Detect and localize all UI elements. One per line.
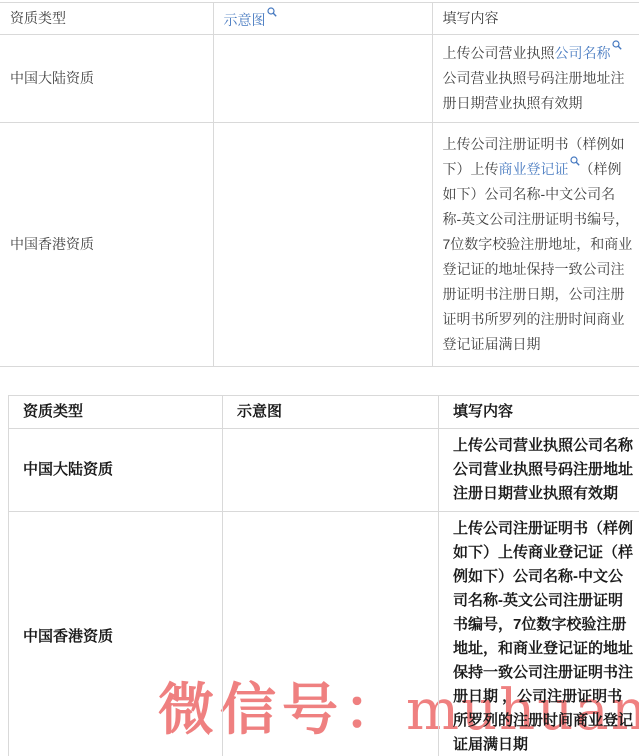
qualification-type-cell: 中国大陆资质 <box>9 429 223 512</box>
table-row-mainland: 中国大陆资质 上传公司营业执照公司名称公司营业执照号码注册地址注册日期营业执照有… <box>9 429 639 512</box>
magnifier-icon <box>570 156 580 166</box>
qualification-table-plain: 资质类型 示意图 填写内容 中国大陆资质 上传公司营业执照公司名称公司营业执照号… <box>0 2 639 367</box>
fill-content-cell: 上传公司注册证明书（样例如下）上传商业登记证（样例如下）公司名称-中文公司名称-… <box>439 512 639 756</box>
qualification-type-cell: 中国大陆资质 <box>0 34 213 122</box>
header-diagram: 示意图 <box>223 396 439 429</box>
qualification-type-cell: 中国香港资质 <box>0 122 213 366</box>
header-diagram: 示意图 <box>213 3 432 35</box>
header-fill-content: 填写内容 <box>439 396 639 429</box>
magnifier-icon <box>267 7 277 17</box>
header-qualification-type: 资质类型 <box>0 3 213 35</box>
diagram-cell <box>223 512 439 756</box>
table-row-hongkong: 中国香港资质 上传公司注册证明书（样例如下）上传商业登记证（样例如下）公司名称-… <box>9 512 639 756</box>
qualification-type-cell: 中国香港资质 <box>9 512 223 756</box>
magnifier-icon <box>612 40 622 50</box>
fill-content-cell: 上传公司营业执照公司名称公司营业执照号码注册地址注册日期营业执照有效期 <box>439 429 639 512</box>
fill-content-cell: 上传公司营业执照公司名称公司营业执照号码注册地址注册日期营业执照有效期 <box>432 34 639 122</box>
diagram-cell <box>223 429 439 512</box>
table-header-row: 资质类型 示意图 填写内容 <box>0 3 639 35</box>
qualification-table-bold: 资质类型 示意图 填写内容 中国大陆资质 上传公司营业执照公司名称公司营业执照号… <box>8 395 639 756</box>
header-qualification-type: 资质类型 <box>9 396 223 429</box>
company-name-zoom-link[interactable]: 公司名称 <box>555 45 622 61</box>
table-row-hongkong: 中国香港资质 上传公司注册证明书（样例如下）上传商业登记证（样例如下）公司名称-… <box>0 122 639 366</box>
business-registration-zoom-link[interactable]: 商业登记证 <box>499 161 580 177</box>
diagram-cell <box>213 34 432 122</box>
header-fill-content: 填写内容 <box>432 3 639 35</box>
fill-content-cell: 上传公司注册证明书（样例如下）上传商业登记证（样例如下）公司名称-中文公司名称-… <box>432 122 639 366</box>
diagram-zoom-link[interactable]: 示意图 <box>224 12 277 28</box>
table-row-mainland: 中国大陆资质 上传公司营业执照公司名称公司营业执照号码注册地址注册日期营业执照有… <box>0 34 639 122</box>
table-header-row: 资质类型 示意图 填写内容 <box>9 396 639 429</box>
diagram-cell <box>213 122 432 366</box>
